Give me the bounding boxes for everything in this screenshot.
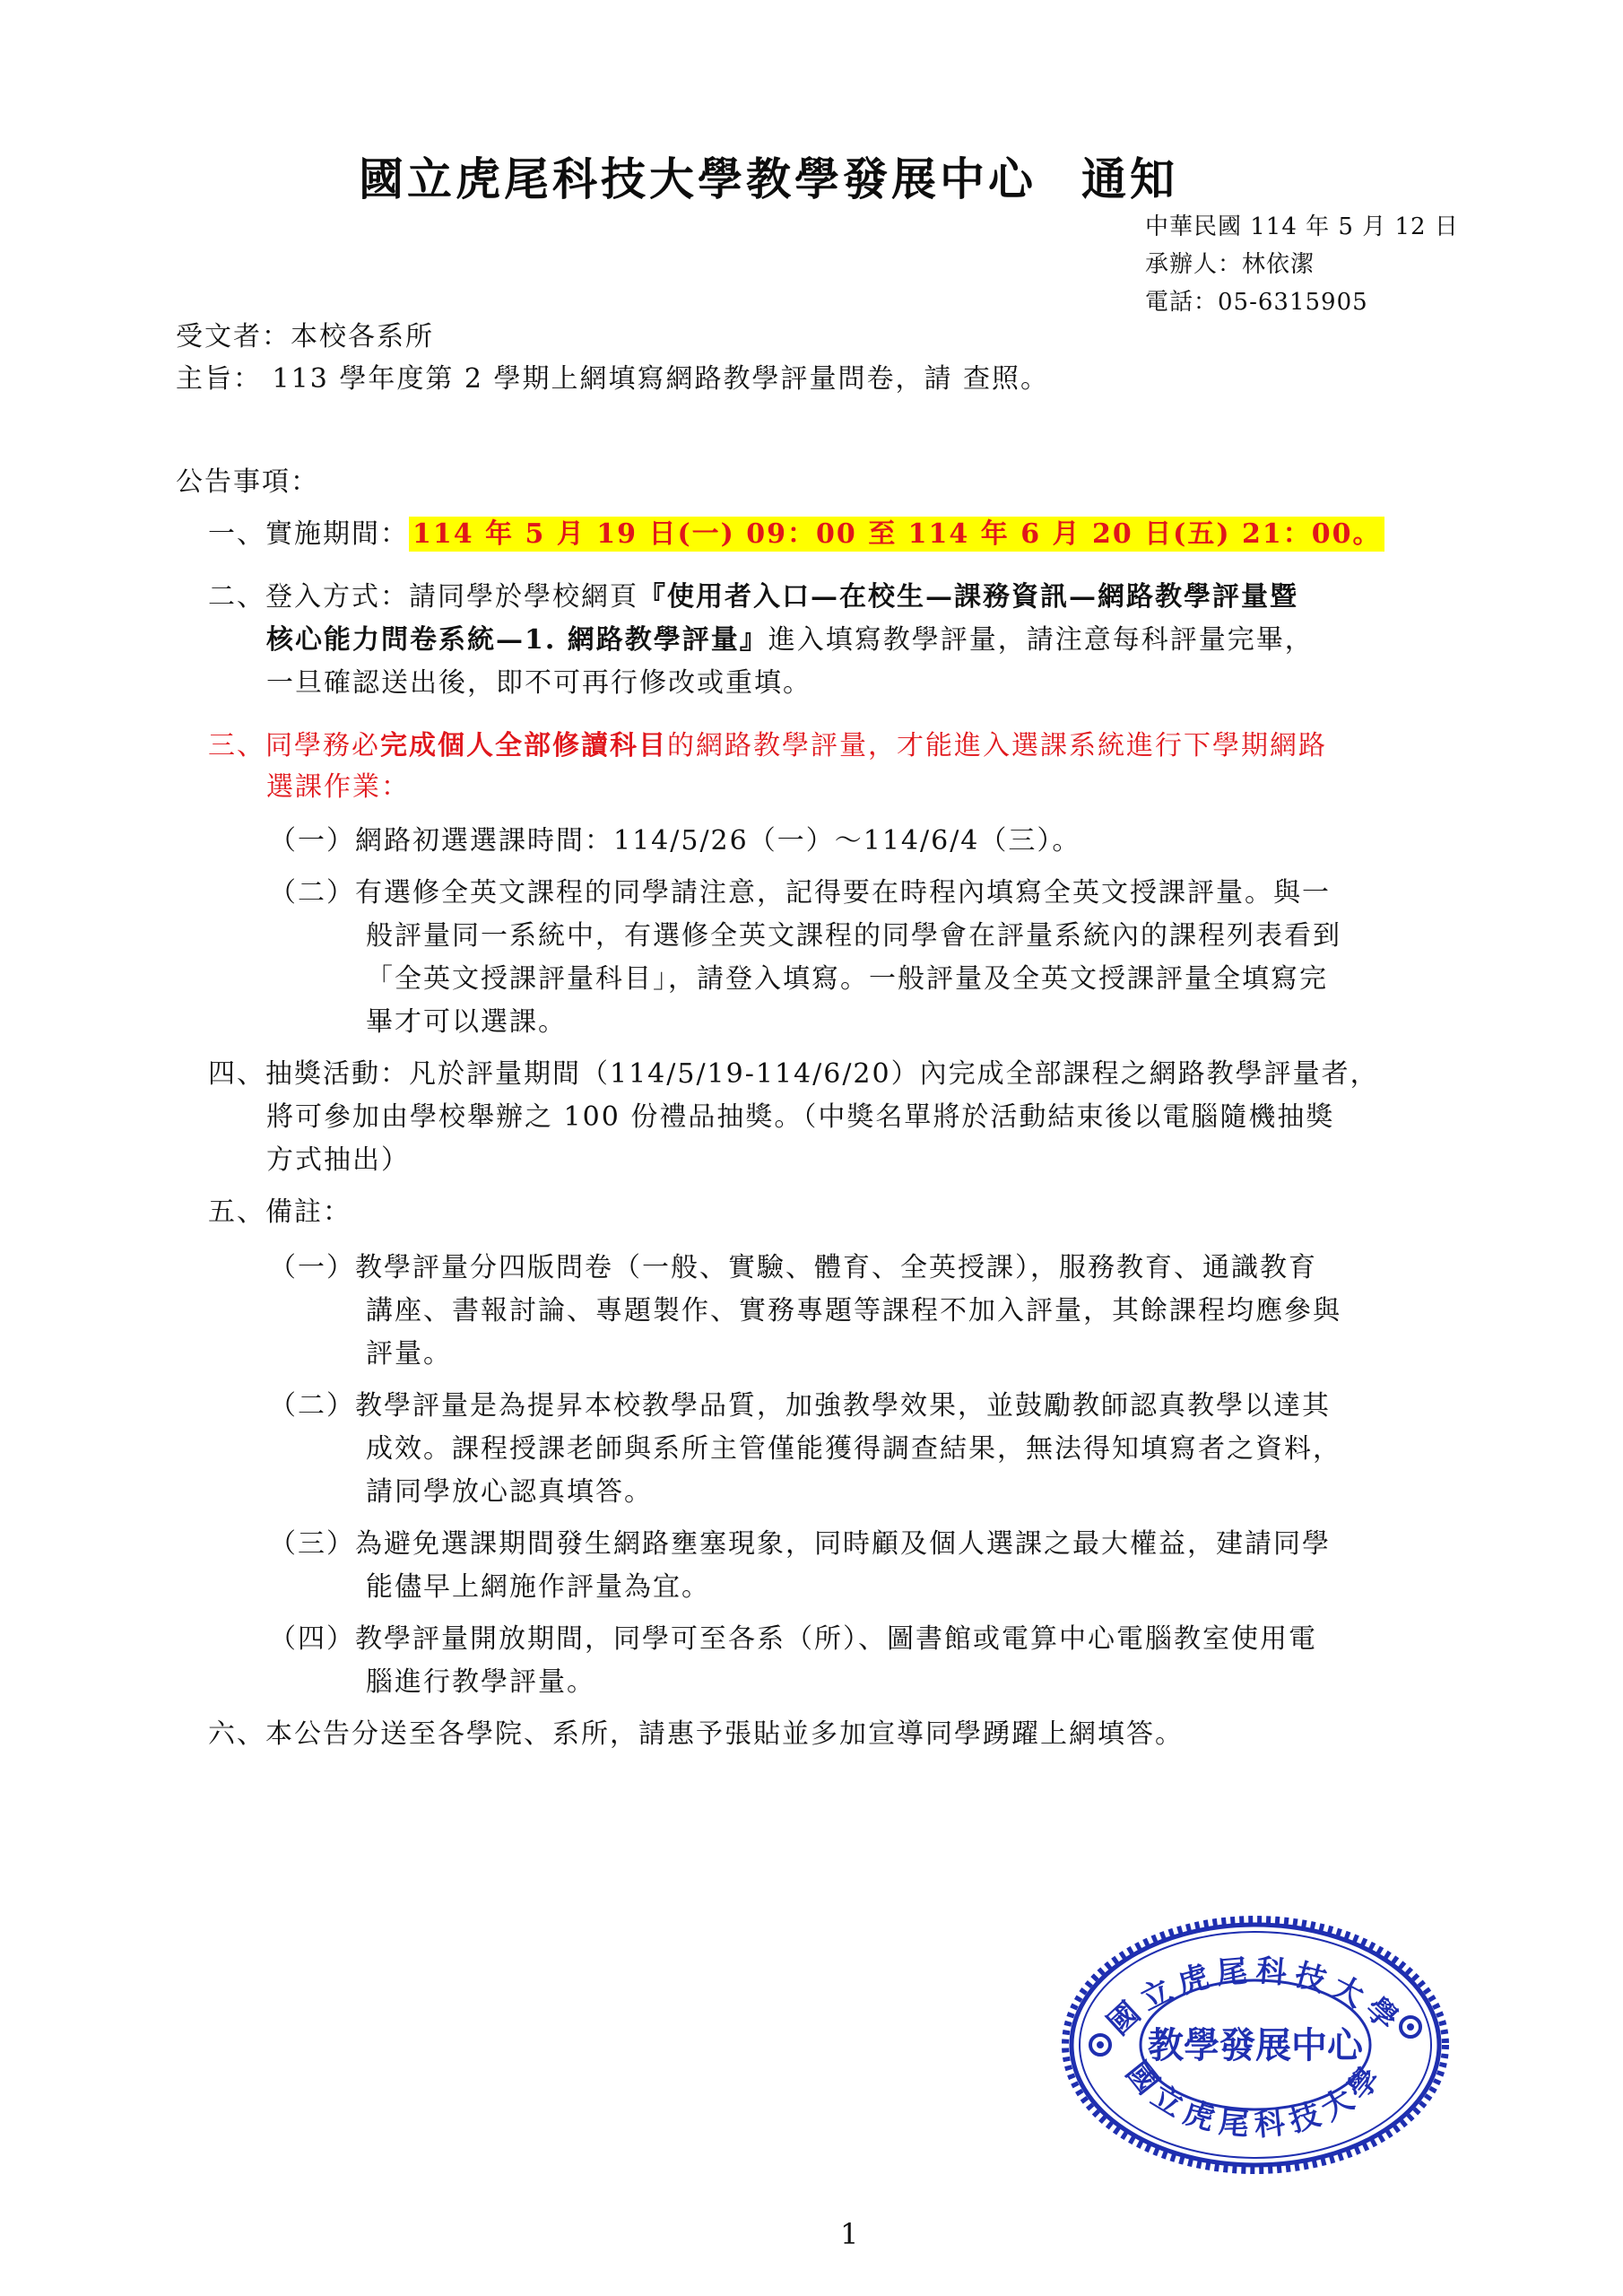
- item-four-line-3: 方式抽出）: [266, 1137, 410, 1177]
- official-seal-stamp: 國立虎尾科技大學 國立虎尾科技大學 教學發展中心: [1054, 1910, 1457, 2179]
- item-five-sub-1-line-2: 講座、書報討論、專題製作、實務專題等課程不加入評量，其餘課程均應參與: [366, 1288, 1341, 1327]
- handler: 承辦人：林依潔: [1145, 246, 1459, 283]
- item-three-line-1: 三、同學務必完成個人全部修讀科目的網路教學評量，才能進入選課系統進行下學期網路: [208, 723, 1327, 762]
- login-path-bold: 『使用者入口—在校生—課務資訊—網路教學評量暨: [638, 581, 1298, 613]
- title-organization: 國立虎尾科技大學教學發展中心: [359, 152, 1037, 205]
- document-title: 國立虎尾科技大學教學發展中心通知: [359, 143, 1178, 208]
- item-five-sub-2-line-3: 請同學放心認真填答。: [366, 1469, 653, 1509]
- item-two-line-3: 一旦確認送出後，即不可再行修改或重填。: [266, 660, 811, 700]
- svg-text:國立虎尾科技大學: 國立虎尾科技大學: [1118, 2055, 1392, 2144]
- item-five-sub-4-line-1: （四）教學評量開放期間，同學可至各系（所）、圖書館或電算中心電腦教室使用電: [269, 1616, 1317, 1656]
- item-five-sub-4-line-2: 腦進行教學評量。: [366, 1659, 595, 1699]
- item-one: 一、實施期間：114 年 5 月 19 日(一) 09：00 至 114 年 6…: [208, 511, 1384, 551]
- item-five-heading: 五、備註：: [208, 1189, 352, 1229]
- page-number: 1: [840, 2217, 858, 2251]
- document-page: 國立虎尾科技大學教學發展中心通知 中華民國 114 年 5 月 12 日 承辦人…: [0, 0, 1623, 2296]
- item-five-sub-2-line-2: 成效。課程授課老師與系所主管僅能獲得調查結果，無法得知填寫者之資料，: [366, 1426, 1341, 1465]
- item-three-sub-1: （一）網路初選選課時間：114/5/26（一）～114/6/4（三）。: [269, 818, 1081, 857]
- implementation-period-highlight: 114 年 5 月 19 日(一) 09：00 至 114 年 6 月 20 日…: [409, 517, 1384, 552]
- seal-graphic: 國立虎尾科技大學 國立虎尾科技大學 教學發展中心: [1054, 1910, 1457, 2179]
- item-three-text: 的網路教學評量，才能進入選課系統進行下學期網路: [667, 730, 1327, 761]
- item-three-prefix: 三、同學務必: [208, 730, 380, 761]
- item-five-sub-1-line-1: （一）教學評量分四版問卷（一般、實驗、體育、全英授課），服務教育、通識教育: [269, 1245, 1317, 1284]
- item-two-line-1: 二、登入方式：請同學於學校網頁『使用者入口—在校生—課務資訊—網路教學評量暨: [208, 574, 1298, 613]
- item-three-sub-2-line-4: 畢才可以選課。: [366, 999, 567, 1039]
- item-four-line-1: 四、抽獎活動：凡於評量期間（114/5/19-114/6/20）內完成全部課程之…: [208, 1051, 1379, 1091]
- item-five-sub-1-line-3: 評量。: [366, 1331, 452, 1370]
- item-two-prefix: 二、登入方式：請同學於學校網頁: [208, 581, 638, 613]
- document-meta: 中華民國 114 年 5 月 12 日 承辦人：林依潔 電話：05-631590…: [1145, 208, 1459, 321]
- announcement-heading: 公告事項：: [176, 459, 319, 499]
- item-three-line-2: 選課作業：: [266, 764, 410, 804]
- item-three-sub-2-line-3: 「全英文授課評量科目」，請登入填寫。一般評量及全英文授課評量全填寫完: [366, 956, 1328, 996]
- item-six: 六、本公告分送至各學院、系所，請惠予張貼並多加宣導同學踴躍上網填答。: [208, 1711, 1184, 1751]
- item-one-prefix: 一、實施期間：: [208, 518, 409, 550]
- item-four-line-2: 將可參加由學校舉辦之 100 份禮品抽獎。（中獎名單將於活動結束後以電腦隨機抽獎: [266, 1094, 1334, 1134]
- item-five-sub-3-line-2: 能儘早上網施作評量為宜。: [366, 1564, 710, 1604]
- item-three-sub-2-line-1: （二）有選修全英文課程的同學請注意，記得要在時程內填寫全英文授課評量。與一: [269, 870, 1331, 909]
- item-two-text: 進入填寫教學評量，請注意每科評量完畢，: [768, 624, 1314, 656]
- subject: 主旨： 113 學年度第 2 學期上網填寫網路教學評量問卷，請 查照。: [176, 356, 1049, 396]
- all-courses-emphasis: 完成個人全部修讀科目: [380, 730, 667, 761]
- login-path-bold-cont: 核心能力問卷系統—1. 網路教學評量』: [266, 624, 768, 656]
- item-five-sub-3-line-1: （三）為避免選課期間發生網路壅塞現象，同時顧及個人選課之最大權益，建請同學: [269, 1521, 1331, 1561]
- item-five-sub-2-line-1: （二）教學評量是為提昇本校教學品質，加強教學效果，並鼓勵教師認真教學以達其: [269, 1383, 1331, 1422]
- item-three-sub-2-line-2: 般評量同一系統中，有選修全英文課程的同學會在評量系統內的課程列表看到: [366, 913, 1341, 952]
- phone: 電話：05-6315905: [1145, 283, 1459, 321]
- item-two-line-2: 核心能力問卷系統—1. 網路教學評量』進入填寫教學評量，請注意每科評量完畢，: [266, 617, 1314, 657]
- issue-date: 中華民國 114 年 5 月 12 日: [1145, 208, 1459, 246]
- svg-text:教學發展中心: 教學發展中心: [1148, 2024, 1365, 2066]
- title-notice-type: 通知: [1081, 152, 1178, 205]
- recipient: 受文者：本校各系所: [176, 314, 434, 353]
